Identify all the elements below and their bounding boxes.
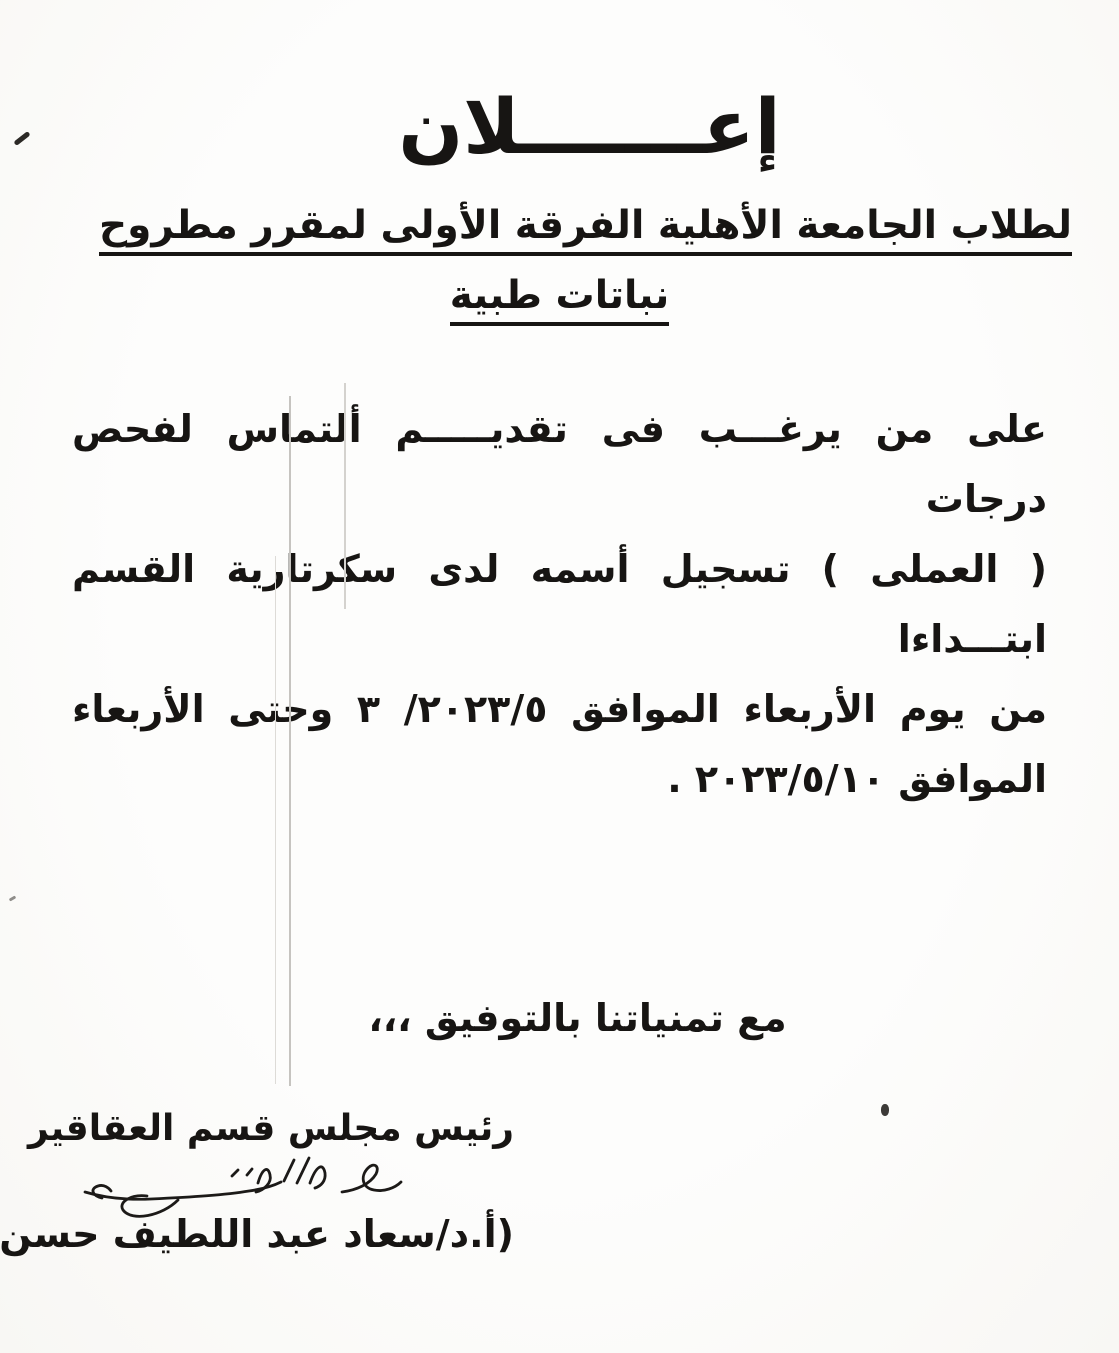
body-line-3: من يوم الأربعاء الموافق ٢٠٢٣/٥/ ٣ وحتى ا… (72, 674, 1047, 744)
signature-block: رئيس مجلس قسم العقاقير (أ.د/سعاد عبد الل… (62, 1100, 514, 1262)
sentence-period: . (667, 757, 681, 801)
subtitle-line-1: لطلاب الجامعة الأهلية الفرقة الأولى لمقر… (99, 202, 1072, 256)
body-line-3-text-before: من يوم الأربعاء الموافق (571, 687, 1047, 731)
body-line-3-text-after: وحتى الأربعاء (72, 687, 333, 731)
pen-tick-mark (13, 131, 30, 146)
end-date: ٢٠٢٣/٥/١٠ (695, 757, 885, 801)
subtitle-row-1: لطلاب الجامعة الأهلية الفرقة الأولى لمقر… (26, 196, 1119, 270)
ink-dot (881, 1104, 889, 1116)
body-line-2: ( العملى ) تسجيل أسمه لدى سكرتارية القسم… (72, 534, 1047, 674)
page-title: إعـــــــلان (30, 58, 1119, 196)
body-line-1: على من يرغـــب فى تقديـــــم ألتماس لفحص… (72, 394, 1047, 534)
subtitle-line-2: نباتات طبية (450, 272, 670, 326)
body-line-4: الموافق ٢٠٢٣/٥/١٠ . (72, 744, 1047, 814)
subtitle-row-2: نباتات طبية (0, 272, 1119, 330)
body-paragraph: على من يرغـــب فى تقديـــــم ألتماس لفحص… (72, 394, 1047, 814)
signatory-title: رئيس مجلس قسم العقاقير (62, 1100, 514, 1158)
start-date: ٢٠٢٣/٥/ ٣ (357, 687, 548, 731)
body-line-4-text-before: الموافق (898, 757, 1047, 801)
signatory-name: (أ.د/سعاد عبد اللطيف حسن) (62, 1206, 514, 1262)
scan-speck (9, 895, 17, 901)
scanned-announcement-page: إعـــــــلان لطلاب الجامعة الأهلية الفرق… (0, 0, 1119, 1353)
closing-wishes: مع تمنياتنا بالتوفيق ،،، (18, 990, 1119, 1046)
